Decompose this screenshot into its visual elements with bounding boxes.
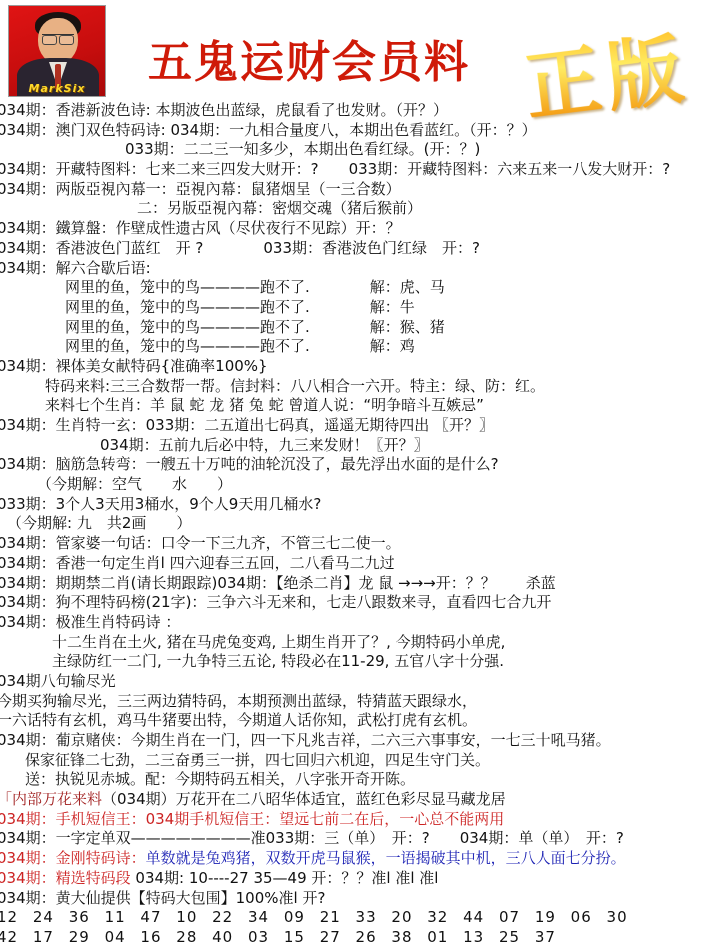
text-segment: 034期：生肖特一玄：033期：二五道出七码真，遥遥无期待四出 〖开？〗 <box>0 416 494 434</box>
number-row: 12 24 36 11 47 10 22 34 09 21 33 20 32 4… <box>0 908 728 928</box>
text-line: 034期：一字定单双————————准033期：三（单） 开：? 034期：单（… <box>0 829 728 849</box>
text-segment: 034期：裸体美女献特码{准确率100%} <box>0 357 268 375</box>
page-title: 五鬼运财会员料 <box>148 26 488 90</box>
portrait-photo: MarkSix <box>8 5 106 97</box>
text-segment: 单数就是兔鸡猪，双数开虎马鼠猴，一语揭破其中机，三八人面七分扮。 <box>146 849 626 867</box>
text-segment: 034期：期期禁二肖(请长期跟踪)034期：【绝杀二肖】龙 鼠 →→→开：？？ … <box>0 574 556 592</box>
text-line: 网里的鱼，笼中的鸟————跑不了. 解：猴、猪 <box>0 318 728 338</box>
text-segment: 十二生肖在土火, 猪在马虎兔变鸡, 上期生肖开了？, 今期特码小单虎, <box>52 633 505 651</box>
text-line: 来料七个生肖：羊 鼠 蛇 龙 猪 兔 蛇 曾道人说：“明争暗斗互嫉忌” <box>0 396 728 416</box>
text-segment: 12 24 36 11 47 10 22 34 09 21 33 20 32 4… <box>0 908 628 926</box>
text-line: 034期：精选特码段 034期: 10----27 35—49 开：？？准l 准… <box>0 869 728 889</box>
text-line: 034期：解六合歇后语: <box>0 259 728 279</box>
text-line: 十二生肖在土火, 猪在马虎兔变鸡, 上期生肖开了？, 今期特码小单虎, <box>0 633 728 653</box>
text-segment: 034期: 10----27 35—49 开：？？准l 准l 准l <box>131 869 439 887</box>
text-line: 034期：开藏特图料：七来二来三四发大财开：? 033期：开藏特图料：六来五来一… <box>0 160 728 180</box>
glasses-icon <box>42 34 74 43</box>
text-line: 034期：期期禁二肖(请长期跟踪)034期：【绝杀二肖】龙 鼠 →→→开：？？ … <box>0 574 728 594</box>
text-segment: 034期：香港波色门蓝红 开 ? 033期：香港波色门红绿 开：? <box>0 239 480 257</box>
text-line: 034期：管家婆一句话：口令一下三九齐，不管三七二使一。 <box>0 534 728 554</box>
text-segment: 034期：澳门双色特码诗: 034期：一九相合量度八，本期出色看蓝红。（开：？） <box>0 121 537 139</box>
text-line: 网里的鱼，笼中的鸟————跑不了. 解：牛 <box>0 298 728 318</box>
text-line: 034期：香港新波色诗: 本期波色出蓝绿，虎鼠看了也发财。（开？） <box>0 101 728 121</box>
text-segment: （今期解：空气 水 ） <box>37 475 232 493</box>
text-segment: 034期八句输尽光 <box>0 672 116 690</box>
text-line: 034期：鐵算盤：作壁成性遗古风（尽伏夜行不见踪）开：？ <box>0 219 728 239</box>
text-line: 034期：两版亞視內幕一：亞視內幕：鼠猪烟呈（一三合数） <box>0 180 728 200</box>
text-segment: 034期：解六合歇后语: <box>0 259 151 277</box>
text-segment: 033期：二二三一知多少，本期出色看红绿。(开：？) <box>125 140 480 158</box>
text-segment: 034期：极准生肖特码诗 ： <box>0 613 180 631</box>
body-lines: 034期：香港新波色诗: 本期波色出蓝绿，虎鼠看了也发财。（开？）034期：澳门… <box>0 101 728 948</box>
text-segment: 034期：精选特码段 <box>0 869 131 887</box>
text-segment: （今期解: 九 共2画 ） <box>7 514 191 532</box>
text-line: （今期解: 九 共2画 ） <box>0 514 728 534</box>
text-line: 034期：极准生肖特码诗 ： <box>0 613 728 633</box>
text-segment: 034期：一字定单双————————准033期：三（单） 开：? 034期：单（… <box>0 829 624 847</box>
text-line: 034期八句输尽光 <box>0 672 728 692</box>
text-segment: 网里的鱼，笼中的鸟————跑不了. 解：猴、猪 <box>65 318 445 336</box>
text-line: 送：执锐见赤城。配：今期特码五相关，八字张开奇开陈。 <box>0 770 728 790</box>
text-segment: 网里的鱼，笼中的鸟————跑不了. 解：鸡 <box>65 337 415 355</box>
text-line: 主绿防红一二门, 一九争特三五论, 特段必在11-29, 五官八字十分强. <box>0 652 728 672</box>
text-segment: 034期：脑筋急转弯：一艘五十万吨的油轮沉没了，最先浮出水面的是什么? <box>0 455 499 473</box>
text-segment: 034期：香港新波色诗: 本期波色出蓝绿，虎鼠看了也发财。（开？） <box>0 101 448 119</box>
text-segment: 034期：管家婆一句话：口令一下三九齐，不管三七二使一。 <box>0 534 401 552</box>
text-segment: 网里的鱼，笼中的鸟————跑不了. 解：虎、马 <box>65 278 445 296</box>
text-segment: 一六话特有玄机，鸡马牛猪要出特，今期道人话你知，武松打虎有玄机。 <box>0 711 477 729</box>
text-line: 网里的鱼，笼中的鸟————跑不了. 解：鸡 <box>0 337 728 357</box>
text-segment: 034期：狗不理特码榜(21字)：三争六斗无来和，七走八跟数来寻，直看四七合九开 <box>0 593 551 611</box>
page: MarkSix 五鬼运财会员料 正版 034期：香港新波色诗: 本期波色出蓝绿，… <box>0 0 728 949</box>
text-segment: 034期：鐵算盤：作壁成性遗古风（尽伏夜行不见踪）开：？ <box>0 219 401 237</box>
text-segment: 034期：葡京赌侠：今期生肖在一门，四一下凡兆吉祥，二六三六事事安，一七三十吼马… <box>0 731 611 749</box>
text-segment: 034期：五前九后必中特，九三来发财！〖开？〗 <box>100 436 429 454</box>
text-line: 034期：五前九后必中特，九三来发财！〖开？〗 <box>0 436 728 456</box>
text-segment: 034期：手机短信王：034期手机短信王：望远七前二在后，一心总不能两用 <box>0 810 504 828</box>
text-segment: 034期：开藏特图料：七来二来三四发大财开：? 033期：开藏特图料：六来五来一… <box>0 160 670 178</box>
text-segment: 034期：香港一句定生肖l 四六迎春三五回，二八看马二九过 <box>0 554 395 572</box>
text-segment: 034期：黄大仙提供【特码大包围】100%准l 开? <box>0 889 325 907</box>
text-segment: 主绿防红一二门, 一九争特三五论, 特段必在11-29, 五官八字十分强. <box>52 652 504 670</box>
text-line: 034期：脑筋急转弯：一艘五十万吨的油轮沉没了，最先浮出水面的是什么? <box>0 455 728 475</box>
text-line: 034期：黄大仙提供【特码大包围】100%准l 开? <box>0 889 728 909</box>
text-line: 「内部万花来料（034期）万花开在二八昭华体适宜，蓝红色彩尽显马藏龙居 <box>0 790 728 810</box>
text-line: 034期：澳门双色特码诗: 034期：一九相合量度八，本期出色看蓝红。（开：？） <box>0 121 728 141</box>
text-line: 034期：裸体美女献特码{准确率100%} <box>0 357 728 377</box>
text-line: 网里的鱼，笼中的鸟————跑不了. 解：虎、马 <box>0 278 728 298</box>
text-segment: 来料七个生肖：羊 鼠 蛇 龙 猪 兔 蛇 曾道人说：“明争暗斗互嫉忌” <box>45 396 484 414</box>
text-segment: 033期：3个人3天用3桶水，9个人9天用几桶水? <box>0 495 321 513</box>
text-line: 034期：香港波色门蓝红 开 ? 033期：香港波色门红绿 开：? <box>0 239 728 259</box>
text-segment: 送：执锐见赤城。配：今期特码五相关，八字张开奇开陈。 <box>25 770 415 788</box>
text-line: （今期解：空气 水 ） <box>0 475 728 495</box>
text-segment: 034期：金刚特码诗： <box>0 849 146 867</box>
number-row: 42 17 29 04 16 28 40 03 15 27 26 38 01 1… <box>0 928 728 948</box>
text-line: 034期：狗不理特码榜(21字)：三争六斗无来和，七走八跟数来寻，直看四七合九开 <box>0 593 728 613</box>
text-segment: 特码来料:三三合数帮一帮。信封料：八八相合一六开。特主：绿、防：红。 <box>45 377 545 395</box>
text-line: 今期买狗输尽光，三三两边猜特码，本期预测出蓝绿，特猜蓝天跟绿水， <box>0 692 728 712</box>
text-line: 保家征锋二七劲，二三奋勇三一拼，四七回归六机迎，四足生守门关。 <box>0 751 728 771</box>
text-line: 034期：手机短信王：034期手机短信王：望远七前二在后，一心总不能两用 <box>0 810 728 830</box>
text-segment: 034期：两版亞視內幕一：亞視內幕：鼠猪烟呈（一三合数） <box>0 180 401 198</box>
photo-caption: MarkSix <box>9 82 105 95</box>
text-segment: 网里的鱼，笼中的鸟————跑不了. 解：牛 <box>65 298 415 316</box>
text-segment: 42 17 29 04 16 28 40 03 15 27 26 38 01 1… <box>0 928 556 946</box>
text-line: 特码来料:三三合数帮一帮。信封料：八八相合一六开。特主：绿、防：红。 <box>0 377 728 397</box>
text-line: 033期：3个人3天用3桶水，9个人9天用几桶水? <box>0 495 728 515</box>
text-line: 034期：葡京赌侠：今期生肖在一门，四一下凡兆吉祥，二六三六事事安，一七三十吼马… <box>0 731 728 751</box>
text-segment: 保家征锋二七劲，二三奋勇三一拼，四七回归六机迎，四足生守门关。 <box>25 751 490 769</box>
text-segment: 二：另版亞視內幕：密烟交魂（猪后猴前） <box>137 199 422 217</box>
text-line: 034期：生肖特一玄：033期：二五道出七码真，遥遥无期待四出 〖开？〗 <box>0 416 728 436</box>
text-line: 033期：二二三一知多少，本期出色看红绿。(开：？) <box>0 140 728 160</box>
text-segment: （034期）万花开在二八昭华体适宜，蓝红色彩尽显马藏龙居 <box>102 790 506 808</box>
text-line: 一六话特有玄机，鸡马牛猪要出特，今期道人话你知，武松打虎有玄机。 <box>0 711 728 731</box>
text-line: 二：另版亞視內幕：密烟交魂（猪后猴前） <box>0 199 728 219</box>
text-segment: 「内部万花来料 <box>0 790 102 808</box>
text-line: 034期：香港一句定生肖l 四六迎春三五回，二八看马二九过 <box>0 554 728 574</box>
text-segment: 今期买狗输尽光，三三两边猜特码，本期预测出蓝绿，特猜蓝天跟绿水， <box>0 692 477 710</box>
text-line: 034期：金刚特码诗：单数就是兔鸡猪，双数开虎马鼠猴，一语揭破其中机，三八人面七… <box>0 849 728 869</box>
